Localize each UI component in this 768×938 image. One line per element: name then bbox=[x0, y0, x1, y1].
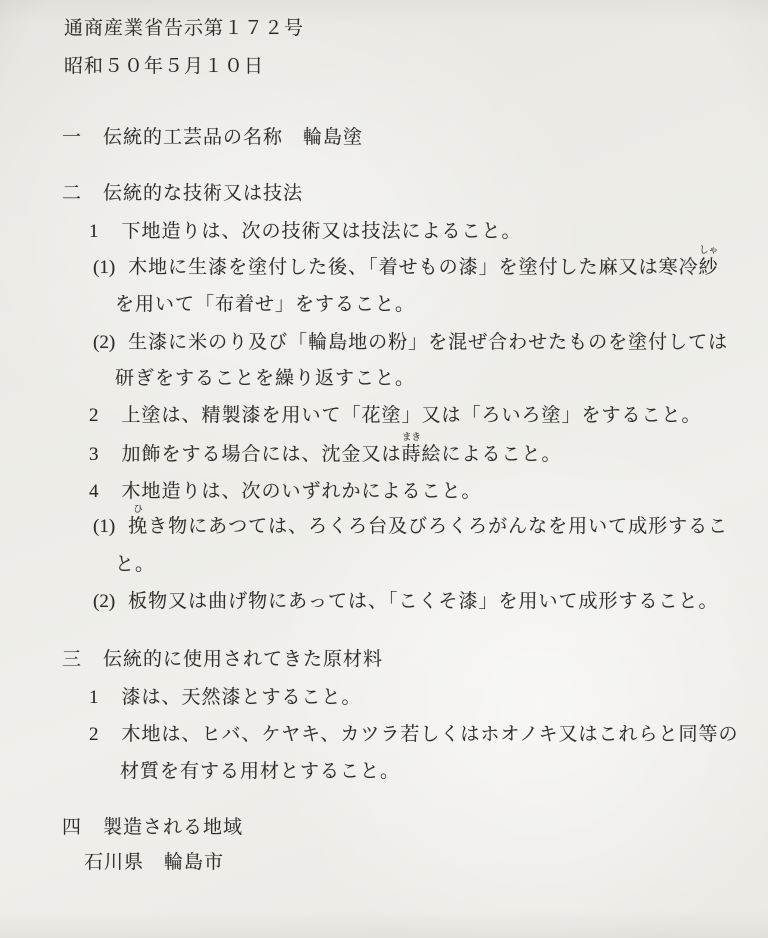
section-2-number: 二 bbox=[62, 183, 82, 205]
furigana-hi: ひ bbox=[133, 505, 143, 515]
item-text: 上塗は、精製漆を用いて「花塗」又は「ろいろ塗」をすること。 bbox=[122, 405, 702, 426]
sub-item-number: (2) bbox=[93, 332, 115, 354]
item-number: 1 bbox=[89, 221, 100, 243]
sub-item-number: (1) bbox=[93, 257, 115, 279]
item-text: 漆は、天然漆とすること。 bbox=[122, 687, 362, 708]
sub-item-text: 板物又は曲げ物にあっては、「こくそ漆」を用いて成形すること。 bbox=[128, 591, 718, 612]
section-2-item-1-sub-2-line-1: (2)生漆に米のり及び「輪島地の粉」を混ぜ合わせたものを塗付しては bbox=[93, 332, 728, 354]
ruby-hikimono: ひ挽 bbox=[128, 516, 148, 538]
sub-item-number: (2) bbox=[93, 591, 115, 613]
ruby-base-hi: 挽 bbox=[128, 516, 148, 537]
section-3-item-2-line-2: 材質を有する用材とすること。 bbox=[120, 761, 400, 783]
scanned-document-page: 通商産業省告示第１７２号 昭和５０年５月１０日 一伝統的工芸品の名称輪島塗 二伝… bbox=[0, 0, 768, 938]
ruby-makie: まき蒔 bbox=[402, 444, 422, 466]
ruby-base-maki: 蒔 bbox=[402, 444, 422, 465]
section-2-item-4-sub-1-line-2: と。 bbox=[115, 554, 155, 576]
sub-item-text: 生漆に米のり及び「輪島地の粉」を混ぜ合わせたものを塗付しては bbox=[128, 332, 728, 353]
section-2-item-3: 3加飾をする場合には、沈金又はまき蒔絵によること。 bbox=[89, 444, 562, 466]
item-number: 4 bbox=[89, 481, 100, 503]
section-3-title: 伝統的に使用されてきた原材料 bbox=[103, 649, 383, 670]
section-2-item-4-sub-2: (2)板物又は曲げ物にあっては、「こくそ漆」を用いて成形すること。 bbox=[93, 591, 718, 613]
craft-name: 輪島塗 bbox=[303, 127, 363, 149]
section-1-heading: 一伝統的工芸品の名称輪島塗 bbox=[62, 127, 363, 149]
section-2-item-2: 2上塗は、精製漆を用いて「花塗」又は「ろいろ塗」をすること。 bbox=[89, 405, 702, 427]
item-text: 木地は、ヒバ、ケヤキ、カツラ若しくはホオノキ又はこれらと同等の bbox=[122, 724, 739, 745]
section-3-item-1: 1漆は、天然漆とすること。 bbox=[89, 687, 362, 709]
item-number: 2 bbox=[89, 405, 100, 427]
section-2-item-1-sub-1-line-1: (1)木地に生漆を塗付した後、「着せもの漆」を塗付した麻又は寒冷しゃ紗 bbox=[93, 257, 719, 279]
section-1-number: 一 bbox=[62, 127, 82, 149]
sub-item-text: 木地に生漆を塗付した後、「着せもの漆」を塗付した麻又は寒冷 bbox=[128, 257, 699, 278]
notice-number-line: 通商産業省告示第１７２号 bbox=[64, 18, 304, 40]
item-text: 木地造りは、次のいずれかによること。 bbox=[122, 481, 482, 502]
furigana-sha: しゃ bbox=[699, 246, 718, 256]
item-number: 2 bbox=[89, 724, 100, 746]
date-line: 昭和５０年５月１０日 bbox=[64, 56, 264, 78]
item-text-after: 絵によること。 bbox=[422, 444, 562, 465]
ruby-base-sha: 紗 bbox=[699, 257, 719, 278]
section-2-heading: 二伝統的な技術又は技法 bbox=[62, 183, 303, 205]
furigana-maki: まき bbox=[402, 433, 421, 443]
section-2-title: 伝統的な技術又は技法 bbox=[103, 183, 303, 204]
section-4-number: 四 bbox=[62, 817, 82, 839]
section-4-heading: 四製造される地域 bbox=[62, 817, 243, 839]
section-2-item-1-sub-1-line-2: を用いて「布着せ」をすること。 bbox=[115, 294, 415, 316]
ruby-kanreisha: しゃ紗 bbox=[699, 257, 719, 279]
section-3-heading: 三伝統的に使用されてきた原材料 bbox=[62, 649, 383, 671]
section-2-item-4: 4木地造りは、次のいずれかによること。 bbox=[89, 481, 482, 503]
item-text: 下地造りは、次の技術又は技法によること。 bbox=[122, 221, 522, 242]
section-4-title: 製造される地域 bbox=[103, 817, 243, 838]
section-2-item-4-sub-1-line-1: (1)ひ挽き物にあつては、ろくろ台及びろくろがんなを用いて成形するこ bbox=[93, 516, 728, 538]
section-3-item-2-line-1: 2木地は、ヒバ、ケヤキ、カツラ若しくはホオノキ又はこれらと同等の bbox=[89, 724, 738, 746]
section-2-item-1-sub-2-line-2: 研ぎをすることを繰り返すこと。 bbox=[115, 368, 415, 390]
section-2-item-1: 1下地造りは、次の技術又は技法によること。 bbox=[89, 221, 522, 243]
sub-item-number: (1) bbox=[93, 516, 115, 538]
region-line: 石川県 輪島市 bbox=[84, 852, 224, 874]
section-1-title: 伝統的工芸品の名称 bbox=[103, 127, 283, 148]
section-3-number: 三 bbox=[62, 649, 82, 671]
item-text: 加飾をする場合には、沈金又は bbox=[122, 444, 402, 465]
sub-item-text: き物にあつては、ろくろ台及びろくろがんなを用いて成形するこ bbox=[148, 516, 728, 537]
item-number: 1 bbox=[89, 687, 100, 709]
item-number: 3 bbox=[89, 444, 100, 466]
